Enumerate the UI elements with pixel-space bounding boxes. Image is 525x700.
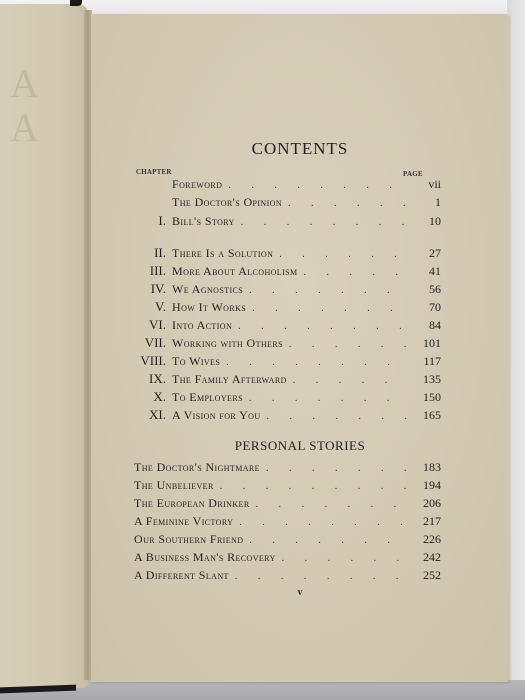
page-number: 217 bbox=[413, 514, 441, 529]
page-number: 101 bbox=[413, 336, 441, 351]
page-number: 183 bbox=[413, 460, 441, 475]
entry-title: We Agnostics bbox=[172, 282, 243, 297]
toc-entry[interactable]: II. There Is a Solution . . . . . . . . … bbox=[91, 245, 441, 261]
toc-entry[interactable]: XI. A Vision for You . . . . . . . . . .… bbox=[91, 407, 441, 423]
dot-leader: . . . . . . . . . . . . . . . . . . . . … bbox=[289, 339, 407, 350]
toc-entry[interactable]: I. Bill's Story . . . . . . . . . . . . … bbox=[91, 213, 441, 229]
chapter-numeral: VI. bbox=[91, 317, 166, 333]
page-number: 252 bbox=[413, 568, 441, 583]
entry-title: The Doctor's Nightmare bbox=[134, 460, 260, 475]
story-entry[interactable]: A Business Man's Recovery . . . . . . . … bbox=[134, 550, 441, 566]
toc-entry[interactable]: VI. Into Action . . . . . . . . . . . . … bbox=[91, 317, 441, 333]
chapter-numeral: III. bbox=[91, 263, 166, 279]
dot-leader: . . . . . . . . . . . . . . . . . . . . … bbox=[252, 303, 407, 314]
page-number: 56 bbox=[413, 282, 441, 297]
entry-title: How It Works bbox=[172, 300, 246, 315]
chapter-numeral: VIII. bbox=[91, 353, 166, 369]
entry-title: A Business Man's Recovery bbox=[134, 550, 276, 565]
toc-entry[interactable]: VIII. To Wives . . . . . . . . . . . . .… bbox=[91, 353, 441, 369]
entry-title: The Unbeliever bbox=[134, 478, 214, 493]
toc-entry[interactable]: Foreword . . . . . . . . . . . . . . . .… bbox=[91, 177, 441, 193]
entry-title: Foreword bbox=[172, 177, 222, 192]
page-number: 242 bbox=[413, 550, 441, 565]
page-number: 194 bbox=[413, 478, 441, 493]
page-number: 226 bbox=[413, 532, 441, 547]
dot-leader: . . . . . . . . . . . . . . . . . . . . … bbox=[293, 375, 407, 386]
dot-leader: . . . . . . . . . . . . . . . . . . . . … bbox=[249, 535, 407, 546]
page-number: 10 bbox=[413, 214, 441, 229]
story-entry[interactable]: The European Drinker . . . . . . . . . .… bbox=[134, 496, 441, 512]
left-page: A A bbox=[0, 4, 88, 688]
page-number: 41 bbox=[413, 264, 441, 279]
page-title: CONTENTS bbox=[91, 139, 509, 159]
page-number: 135 bbox=[413, 372, 441, 387]
chapter-numeral: V. bbox=[91, 299, 166, 315]
chapter-numeral: IX. bbox=[91, 371, 166, 387]
chapter-numeral: XI. bbox=[91, 407, 166, 423]
entry-title: A Different Slant bbox=[134, 568, 229, 583]
page-number: 117 bbox=[413, 354, 441, 369]
dot-leader: . . . . . . . . . . . . . . . . . . . . … bbox=[282, 553, 407, 564]
dot-leader: . . . . . . . . . . . . . . . . . . . . … bbox=[226, 357, 407, 368]
chapter-numeral: VII. bbox=[91, 335, 166, 351]
entry-title: The Family Afterward bbox=[172, 372, 287, 387]
story-entry[interactable]: Our Southern Friend . . . . . . . . . . … bbox=[134, 532, 441, 548]
entry-title: The European Drinker bbox=[134, 496, 250, 511]
dot-leader: . . . . . . . . . . . . . . . . . . . . … bbox=[249, 393, 407, 404]
dot-leader: . . . . . . . . . . . . . . . . . . . . … bbox=[228, 180, 407, 191]
entry-title: Into Action bbox=[172, 318, 232, 333]
entry-title: Working with Others bbox=[172, 336, 283, 351]
story-entry[interactable]: A Feminine Victory . . . . . . . . . . .… bbox=[134, 514, 441, 530]
dot-leader: . . . . . . . . . . . . . . . . . . . . … bbox=[238, 321, 407, 332]
chapter-numeral: II. bbox=[91, 245, 166, 261]
story-entry[interactable]: A Different Slant . . . . . . . . . . . … bbox=[134, 568, 441, 584]
entry-title: A Vision for You bbox=[172, 408, 261, 423]
page-number: 165 bbox=[413, 408, 441, 423]
dot-leader: . . . . . . . . . . . . . . . . . . . . … bbox=[279, 249, 407, 260]
entry-title: To Wives bbox=[172, 354, 220, 369]
page-number: 150 bbox=[413, 390, 441, 405]
entry-title: A Feminine Victory bbox=[134, 514, 233, 529]
entry-title: There Is a Solution bbox=[172, 246, 273, 261]
entry-title: To Employers bbox=[172, 390, 243, 405]
dot-leader: . . . . . . . . . . . . . . . . . . . . … bbox=[220, 481, 407, 492]
page-number: 27 bbox=[413, 246, 441, 261]
dot-leader: . . . . . . . . . . . . . . . . . . . . … bbox=[241, 217, 407, 228]
entry-title: Bill's Story bbox=[172, 214, 235, 229]
toc-entry[interactable]: The Doctor's Opinion . . . . . . . . . .… bbox=[91, 195, 441, 211]
dot-leader: . . . . . . . . . . . . . . . . . . . . … bbox=[304, 267, 407, 278]
page-number: 1 bbox=[413, 195, 441, 210]
toc-entry[interactable]: VII. Working with Others . . . . . . . .… bbox=[91, 335, 441, 351]
book-cover-edge bbox=[70, 0, 82, 6]
section-title: PERSONAL STORIES bbox=[91, 438, 509, 454]
contents-page: CONTENTS CHAPTER PAGE Foreword . . . . .… bbox=[91, 14, 509, 682]
dot-leader: . . . . . . . . . . . . . . . . . . . . … bbox=[256, 499, 407, 510]
dot-leader: . . . . . . . . . . . . . . . . . . . . … bbox=[239, 517, 407, 528]
toc-entry[interactable]: IX. The Family Afterward . . . . . . . .… bbox=[91, 371, 441, 387]
chapter-numeral: IV. bbox=[91, 281, 166, 297]
toc-entry[interactable]: IV. We Agnostics . . . . . . . . . . . .… bbox=[91, 281, 441, 297]
story-entry[interactable]: The Doctor's Nightmare . . . . . . . . .… bbox=[134, 460, 441, 476]
dot-leader: . . . . . . . . . . . . . . . . . . . . … bbox=[266, 463, 407, 474]
dot-leader: . . . . . . . . . . . . . . . . . . . . … bbox=[249, 285, 407, 296]
dot-leader: . . . . . . . . . . . . . . . . . . . . … bbox=[288, 198, 407, 209]
chapter-numeral: I. bbox=[91, 213, 166, 229]
entry-title: More About Alcoholism bbox=[172, 264, 298, 279]
show-through-text: A bbox=[10, 108, 39, 148]
dot-leader: . . . . . . . . . . . . . . . . . . . . … bbox=[235, 571, 407, 582]
backdrop-right bbox=[507, 0, 525, 700]
page-number: vii bbox=[413, 177, 441, 192]
dot-leader: . . . . . . . . . . . . . . . . . . . . … bbox=[267, 411, 407, 422]
entry-title: The Doctor's Opinion bbox=[172, 195, 282, 210]
entry-title: Our Southern Friend bbox=[134, 532, 243, 547]
page-number: 70 bbox=[413, 300, 441, 315]
page-number: 84 bbox=[413, 318, 441, 333]
toc-entry[interactable]: V. How It Works . . . . . . . . . . . . … bbox=[91, 299, 441, 315]
chapter-column-label: CHAPTER bbox=[136, 168, 172, 176]
show-through-text: A bbox=[10, 64, 39, 104]
chapter-numeral: X. bbox=[91, 389, 166, 405]
page-number: 206 bbox=[413, 496, 441, 511]
toc-entry[interactable]: X. To Employers . . . . . . . . . . . . … bbox=[91, 389, 441, 405]
toc-entry[interactable]: III. More About Alcoholism . . . . . . .… bbox=[91, 263, 441, 279]
page-folio: v bbox=[91, 587, 509, 598]
story-entry[interactable]: The Unbeliever . . . . . . . . . . . . .… bbox=[134, 478, 441, 494]
